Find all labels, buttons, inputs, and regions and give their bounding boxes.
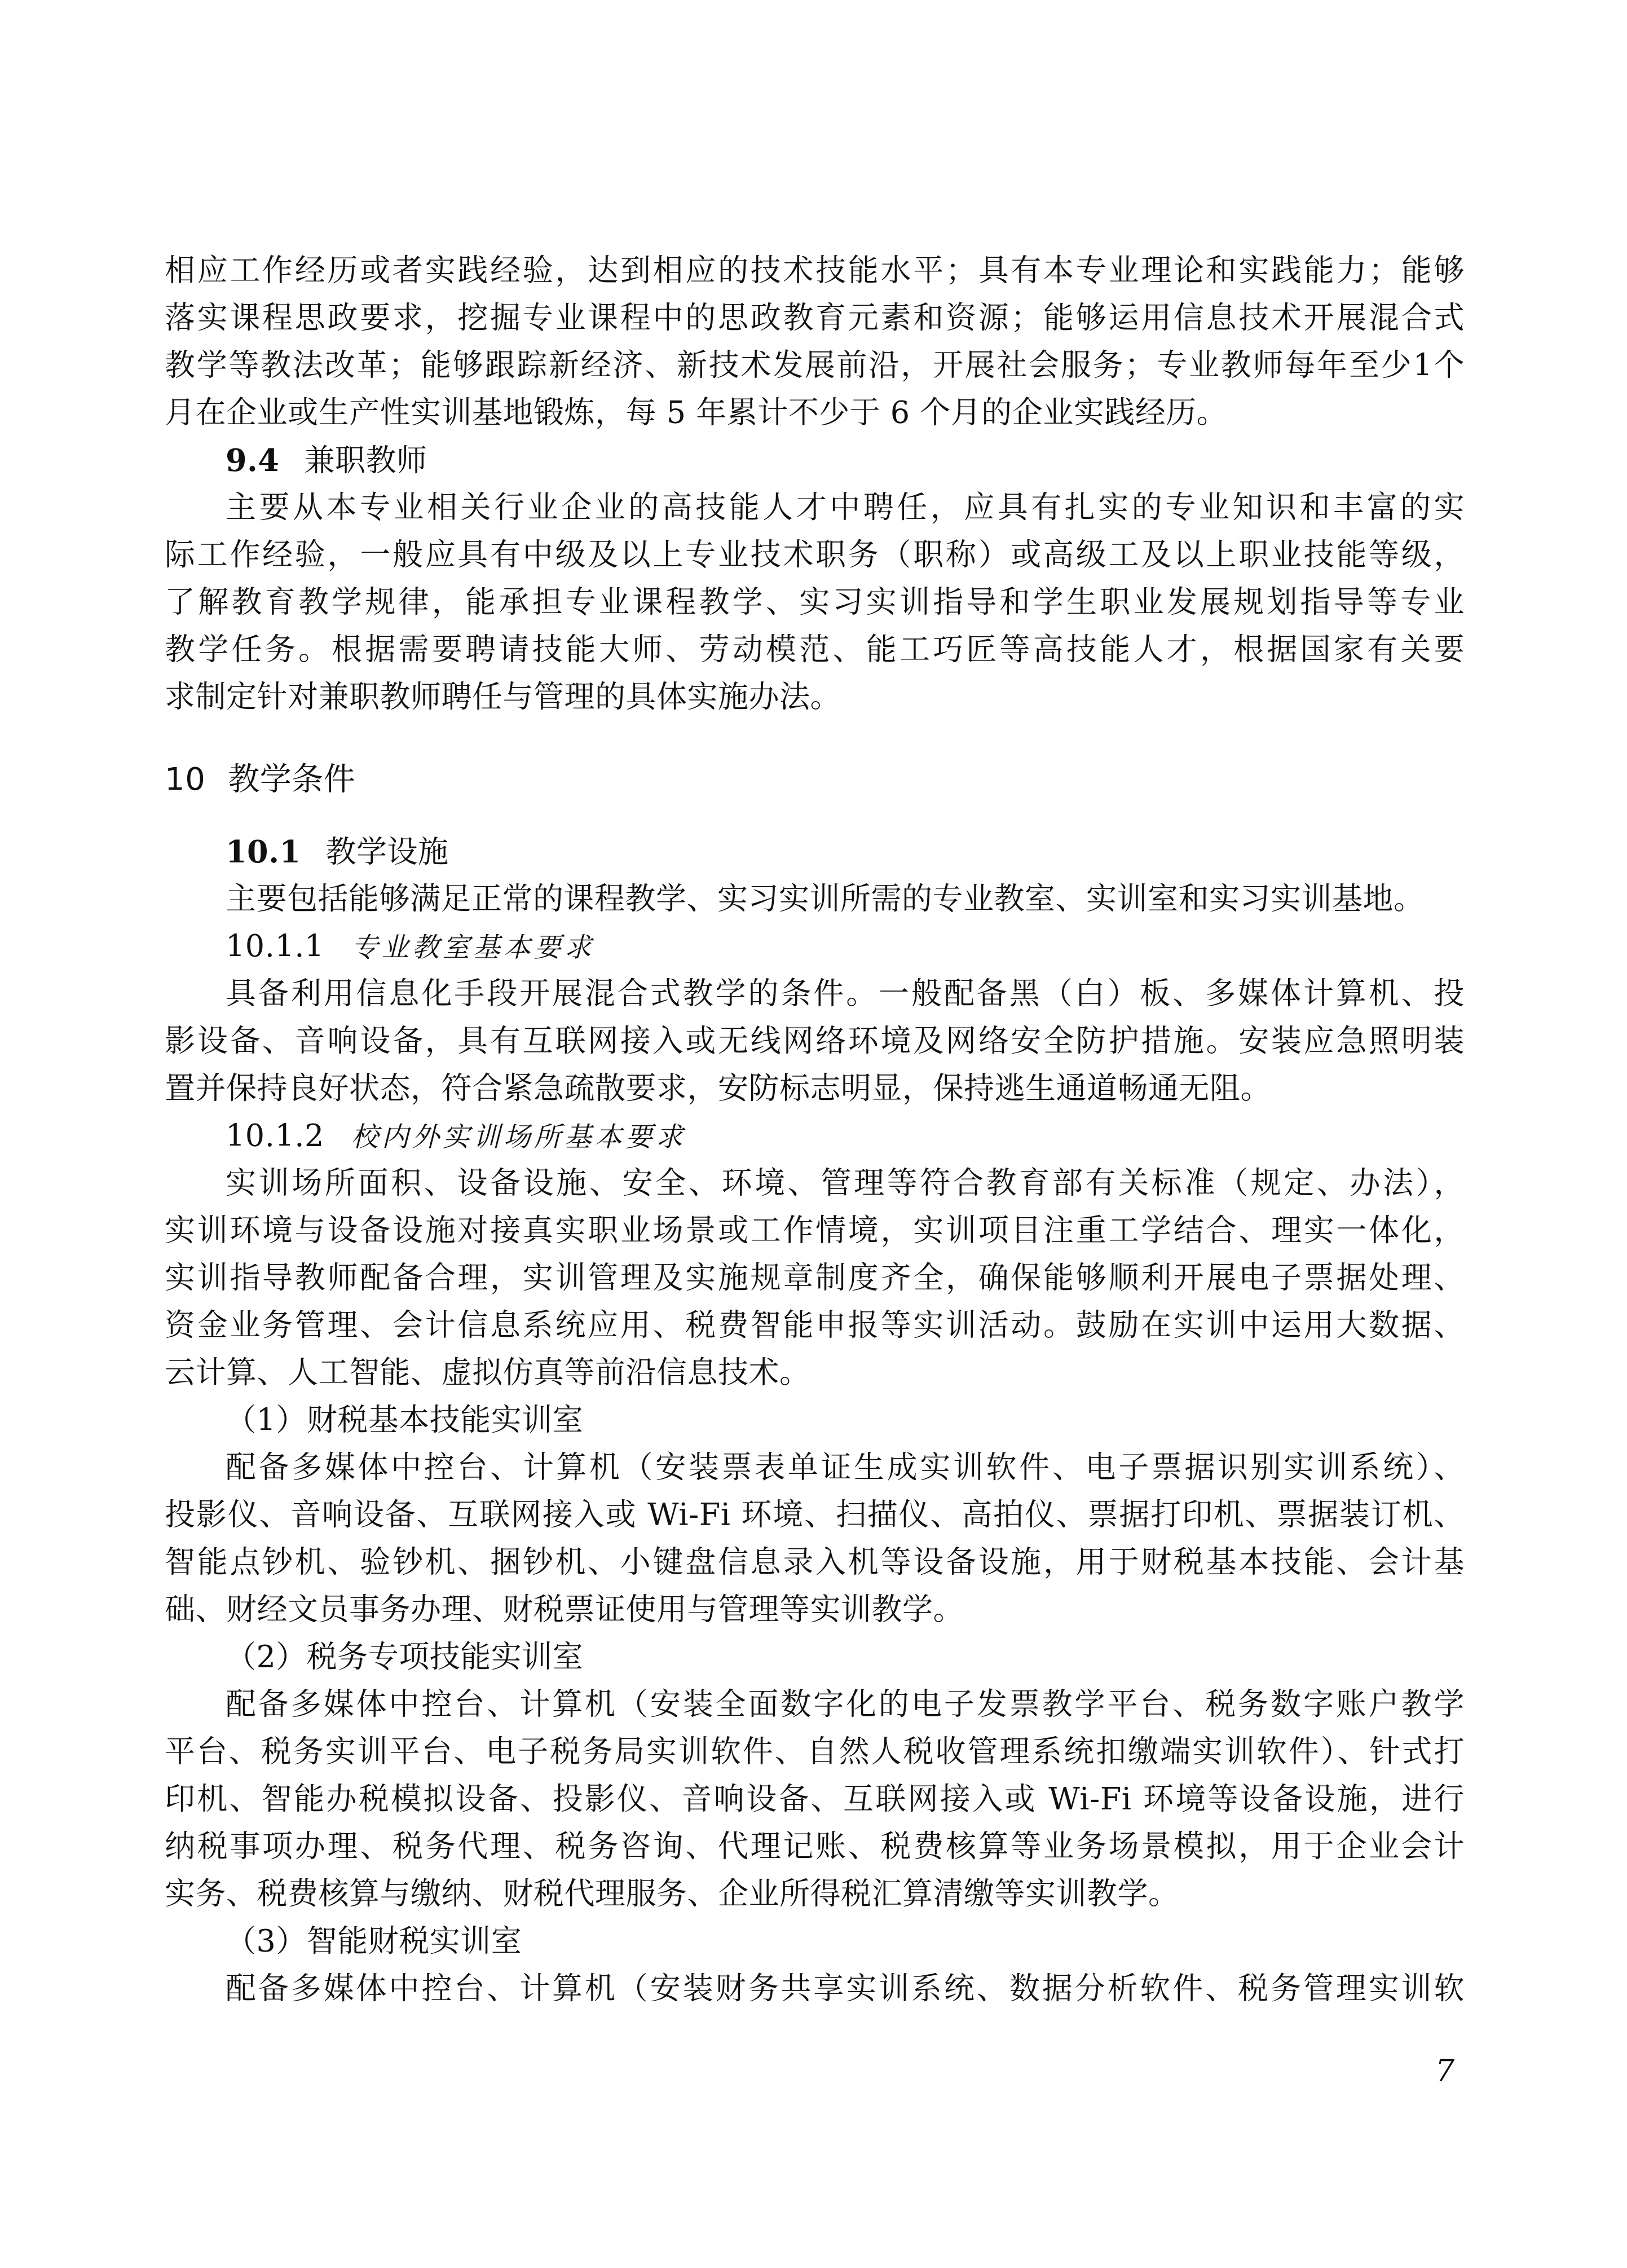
chapter-number: 10 <box>165 761 205 798</box>
paragraph-line: 了解教育教学规律，能承担专业课程教学、实习实训指导和学生职业发展规划指导等专业 <box>165 579 1465 626</box>
subsection-number: 10.1.2 <box>226 1118 324 1153</box>
subsection-title: 专业教室基本要求 <box>351 932 595 963</box>
chapter-heading-10: 10教学条件 <box>165 756 355 803</box>
paragraph-line: 求制定针对兼职教师聘任与管理的具体实施办法。 <box>165 673 841 721</box>
paragraph-line: 月在企业或生产性实训基地锻炼，每 5 年累计不少于 6 个月的企业实践经历。 <box>165 389 1227 437</box>
paragraph-line: 投影仪、音响设备、互联网接入或 Wi-Fi 环境、扫描仪、高拍仪、票据打印机、票… <box>165 1491 1465 1539</box>
paragraph-line: 主要从本专业相关行业企业的高技能人才中聘任，应具有扎实的专业知识和丰富的实 <box>226 484 1465 531</box>
subsection-title: 校内外实训场所基本要求 <box>351 1121 686 1153</box>
paragraph-line: 影设备、音响设备，具有互联网接入或无线网络环境及网络安全防护措施。安装应急照明装 <box>165 1018 1465 1065</box>
paragraph-line: 纳税事项办理、税务代理、税务咨询、代理记账、税费核算等业务场景模拟，用于企业会计 <box>165 1823 1465 1870</box>
paragraph-line: 实训环境与设备设施对接真实职业场景或工作情境，实训项目注重工学结合、理实一体化， <box>165 1207 1465 1254</box>
room-heading-3: （3）智能财税实训室 <box>226 1918 522 1965</box>
subsection-heading-10-1-2: 10.1.2校内外实训场所基本要求 <box>226 1112 686 1160</box>
paragraph-line: 落实课程思政要求，挖掘专业课程中的思政教育元素和资源；能够运用信息技术开展混合式 <box>165 294 1465 342</box>
paragraph-line: 印机、智能办税模拟设备、投影仪、音响设备、互联网接入或 Wi-Fi 环境等设备设… <box>165 1776 1465 1823</box>
paragraph-line: 际工作经验，一般应具有中级及以上专业技术职务（职称）或高级工及以上职业技能等级， <box>165 531 1465 579</box>
paragraph-line: 配备多媒体中控台、计算机（安装财务共享实训系统、数据分析软件、税务管理实训软 <box>226 1965 1465 2012</box>
paragraph-line: 实训指导教师配备合理，实训管理及实施规章制度齐全，确保能够顺利开展电子票据处理、 <box>165 1254 1465 1302</box>
paragraph-line: 实训场所面积、设备设施、安全、环境、管理等符合教育部有关标准（规定、办法）， <box>226 1160 1465 1207</box>
section-heading-10-1: 10.1教学设施 <box>226 828 449 875</box>
section-title: 兼职教师 <box>304 443 427 478</box>
subsection-heading-10-1-1: 10.1.1专业教室基本要求 <box>226 923 595 970</box>
section-heading-9-4: 9.4兼职教师 <box>226 437 427 484</box>
room-heading-2: （2）税务专项技能实训室 <box>226 1633 583 1681</box>
paragraph-line: 教学等教法改革；能够跟踪新经济、新技术发展前沿，开展社会服务；专业教师每年至少1… <box>165 342 1465 389</box>
page-number: 7 <box>1435 2053 1454 2089</box>
section-number: 9.4 <box>226 442 279 478</box>
paragraph-line: 具备利用信息化手段开展混合式教学的条件。一般配备黑（白）板、多媒体计算机、投 <box>226 970 1465 1018</box>
paragraph-line: 主要包括能够满足正常的课程教学、实习实训所需的专业教室、实训室和实习实训基地。 <box>226 875 1425 923</box>
paragraph-line: 实务、税费核算与缴纳、财税代理服务、企业所得税汇算清缴等实训教学。 <box>165 1870 1179 1918</box>
paragraph-line: 配备多媒体中控台、计算机（安装全面数字化的电子发票教学平台、税务数字账户教学 <box>226 1681 1465 1728</box>
paragraph-line: 教学任务。根据需要聘请技能大师、劳动模范、能工巧匠等高技能人才，根据国家有关要 <box>165 626 1465 673</box>
room-heading-1: （1）财税基本技能实训室 <box>226 1397 583 1444</box>
paragraph-line: 智能点钞机、验钞机、捆钞机、小键盘信息录入机等设备设施，用于财税基本技能、会计基 <box>165 1539 1465 1586</box>
paragraph-line: 平台、税务实训平台、电子税务局实训软件、自然人税收管理系统扣缴端实训软件）、针式… <box>165 1728 1465 1776</box>
paragraph-line: 资金业务管理、会计信息系统应用、税费智能申报等实训活动。鼓励在实训中运用大数据、 <box>165 1302 1465 1349</box>
paragraph-line: 相应工作经历或者实践经验，达到相应的技术技能水平；具有本专业理论和实践能力；能够 <box>165 247 1465 294</box>
paragraph-line: 置并保持良好状态，符合紧急疏散要求，安防标志明显，保持逃生通道畅通无阻。 <box>165 1065 1271 1112</box>
paragraph-line: 配备多媒体中控台、计算机（安装票表单证生成实训软件、电子票据识别实训系统）、 <box>226 1444 1465 1491</box>
paragraph-line: 础、财经文员事务办理、财税票证使用与管理等实训教学。 <box>165 1586 964 1633</box>
paragraph-line: 云计算、人工智能、虚拟仿真等前沿信息技术。 <box>165 1349 810 1397</box>
subsection-number: 10.1.1 <box>226 928 324 964</box>
section-number: 10.1 <box>226 834 301 870</box>
chapter-title: 教学条件 <box>228 761 355 798</box>
section-title: 教学设施 <box>326 834 449 870</box>
